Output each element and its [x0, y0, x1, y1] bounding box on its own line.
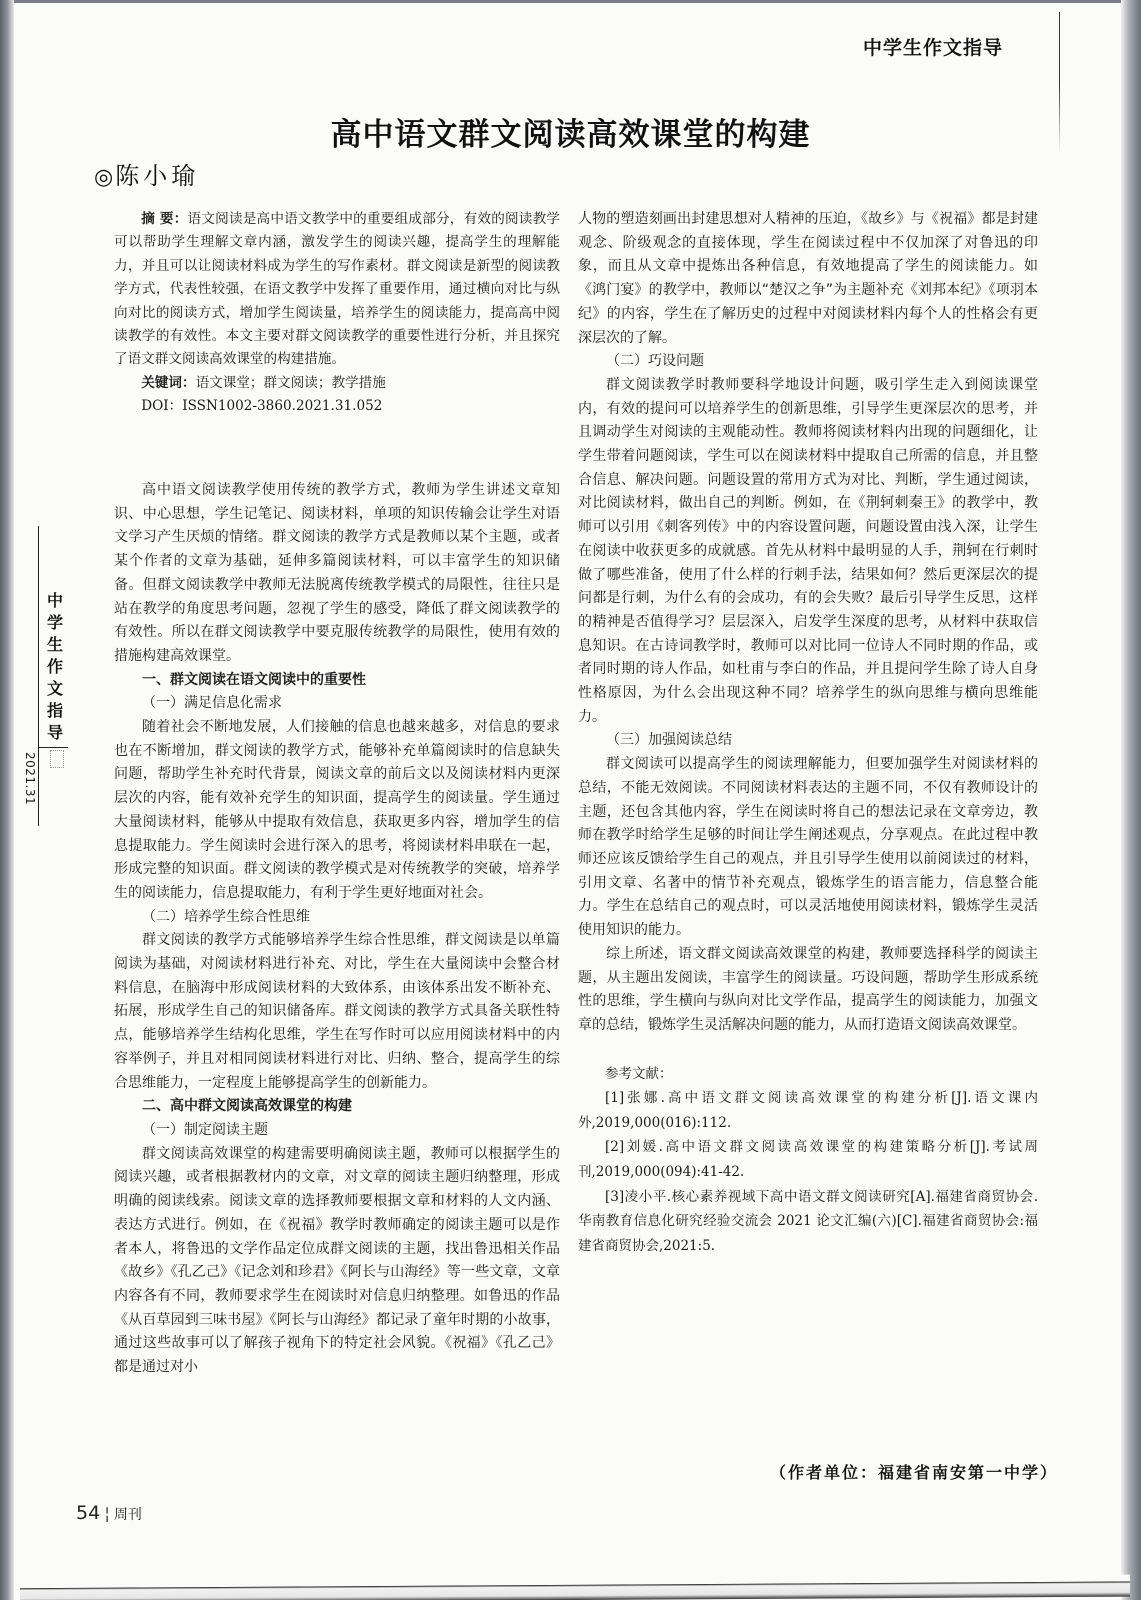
sidebar-issue-number: 2021.31: [23, 752, 37, 805]
scan-edge-left: [0, 0, 14, 1600]
sidebar-char: 作: [46, 656, 64, 678]
sidebar-divider: [38, 747, 68, 748]
scan-edge-top: [0, 0, 1141, 3]
section-2-3-text: 群文阅读可以提高学生的阅读理解能力，但要加强学生对阅读材料的总结，不能无效阅读。…: [578, 753, 1038, 943]
doi-line: DOI：ISSN1002-3860.2021.31.052: [114, 395, 560, 418]
keywords-label: 关键词：: [141, 375, 195, 391]
sidebar-journal-name: 中 学 生 作 文 指 导: [46, 590, 64, 744]
section-2-1-continued: 人物的塑造刻画出封建思想对人精神的压迫，《故乡》与《祝福》都是封建观念、阶级观念…: [578, 208, 1038, 350]
section-2-1-heading: （一）制定阅读主题: [114, 1119, 560, 1143]
footer-separator: ¦: [104, 1504, 110, 1524]
references-block: 参考文献： [1]张娜.高中语文群文阅读高效课堂的构建分析[J].语文课内外,2…: [578, 1062, 1038, 1259]
bullseye-icon: ◎: [94, 165, 113, 190]
conclusion-paragraph: 综上所述，语文群文阅读高效课堂的构建，教师要选择科学的阅读主题，从主题出发阅读，…: [578, 943, 1038, 1038]
running-head: 中学生作文指导: [863, 33, 1003, 60]
section-1-1-heading: （一）满足信息化需求: [114, 692, 560, 716]
abstract-block: 摘 要：语文阅读是高中语文教学中的重要组成部分，有效的阅读教学可以帮助学生理解文…: [114, 208, 560, 419]
sidebar-char: 中: [46, 590, 64, 612]
article-title: 高中语文群文阅读高效课堂的构建: [0, 109, 1141, 154]
sidebar-rule: [38, 526, 39, 826]
section-2-2-heading: （二）巧设问题: [578, 350, 1038, 374]
abstract-text: 语文阅读是高中语文教学中的重要组成部分，有效的阅读教学可以帮助学生理解文章内涵，…: [114, 211, 560, 367]
reference-item: [1]张娜.高中语文群文阅读高效课堂的构建分析[J].语文课内外,2019,00…: [578, 1086, 1038, 1135]
sidebar-char: 导: [46, 722, 64, 744]
section-1-1-text: 随着社会不断地发展，人们接触的信息也越来越多，对信息的要求也在不断增加，群文阅读…: [114, 716, 560, 906]
section-1-heading: 一、群文阅读在语文阅读中的重要性: [114, 669, 560, 693]
section-2-2-text: 群文阅读教学时教师要科学地设计问题，吸引学生走入到阅读课堂内，有效的提问可以培养…: [578, 374, 1038, 730]
sidebar-char: 文: [46, 678, 64, 700]
author-affiliation: （作者单位：福建省南安第一中学）: [770, 1460, 1058, 1483]
abstract-label: 摘 要：: [141, 211, 187, 227]
publication-type: 周刊: [114, 1507, 142, 1523]
section-2-3-heading: （三）加强阅读总结: [578, 729, 1038, 753]
reference-item: [2]刘媛.高中语文群文阅读高效课堂的构建策略分析[J].考试周刊,2019,0…: [578, 1135, 1038, 1184]
body-left-column: 高中语文阅读教学使用传统的教学方式，教师为学生讲述文章知识、中心思想，学生记笔记…: [114, 479, 560, 1380]
author-name: 陈小瑜: [115, 162, 199, 190]
sidebar-placeholder-box: [50, 750, 64, 768]
abstract-paragraph: 摘 要：语文阅读是高中语文教学中的重要组成部分，有效的阅读教学可以帮助学生理解文…: [114, 208, 560, 372]
intro-paragraph: 高中语文阅读教学使用传统的教学方式，教师为学生讲述文章知识、中心思想，学生记笔记…: [114, 479, 560, 669]
reference-item: [3]凌小平.核心素养视域下高中语文群文阅读研究[A].福建省商贸协会. 华南教…: [578, 1185, 1038, 1259]
scan-page-fold: [20, 1575, 1130, 1600]
section-1-2-text: 群文阅读的教学方式能够培养学生综合性思维，群文阅读是以单篇阅读为基础，对阅读材料…: [114, 929, 560, 1095]
section-1-2-heading: （二）培养学生综合性思维: [114, 906, 560, 930]
sidebar-char: 指: [46, 700, 64, 722]
sidebar-char: 学: [46, 612, 64, 634]
author-line: ◎陈小瑜: [94, 156, 199, 191]
page-footer: 54¦周刊: [76, 1502, 142, 1524]
section-2-heading: 二、高中群文阅读高效课堂的构建: [114, 1095, 560, 1119]
keywords-text: 语文课堂；群文阅读；教学措施: [196, 375, 386, 391]
scan-edge-right: [1121, 0, 1141, 1600]
sidebar-char: 生: [46, 634, 64, 656]
keywords-line: 关键词：语文课堂；群文阅读；教学措施: [114, 372, 560, 395]
section-2-1-text: 群文阅读高效课堂的构建需要明确阅读主题，教师可以根据学生的阅读兴趣，或者根据教材…: [114, 1143, 560, 1380]
spacer: [578, 1038, 1038, 1052]
page-number: 54: [76, 1502, 100, 1524]
references-title: 参考文献：: [578, 1062, 1038, 1087]
body-right-column: 人物的塑造刻画出封建思想对人精神的压迫，《故乡》与《祝福》都是封建观念、阶级观念…: [578, 208, 1038, 1258]
